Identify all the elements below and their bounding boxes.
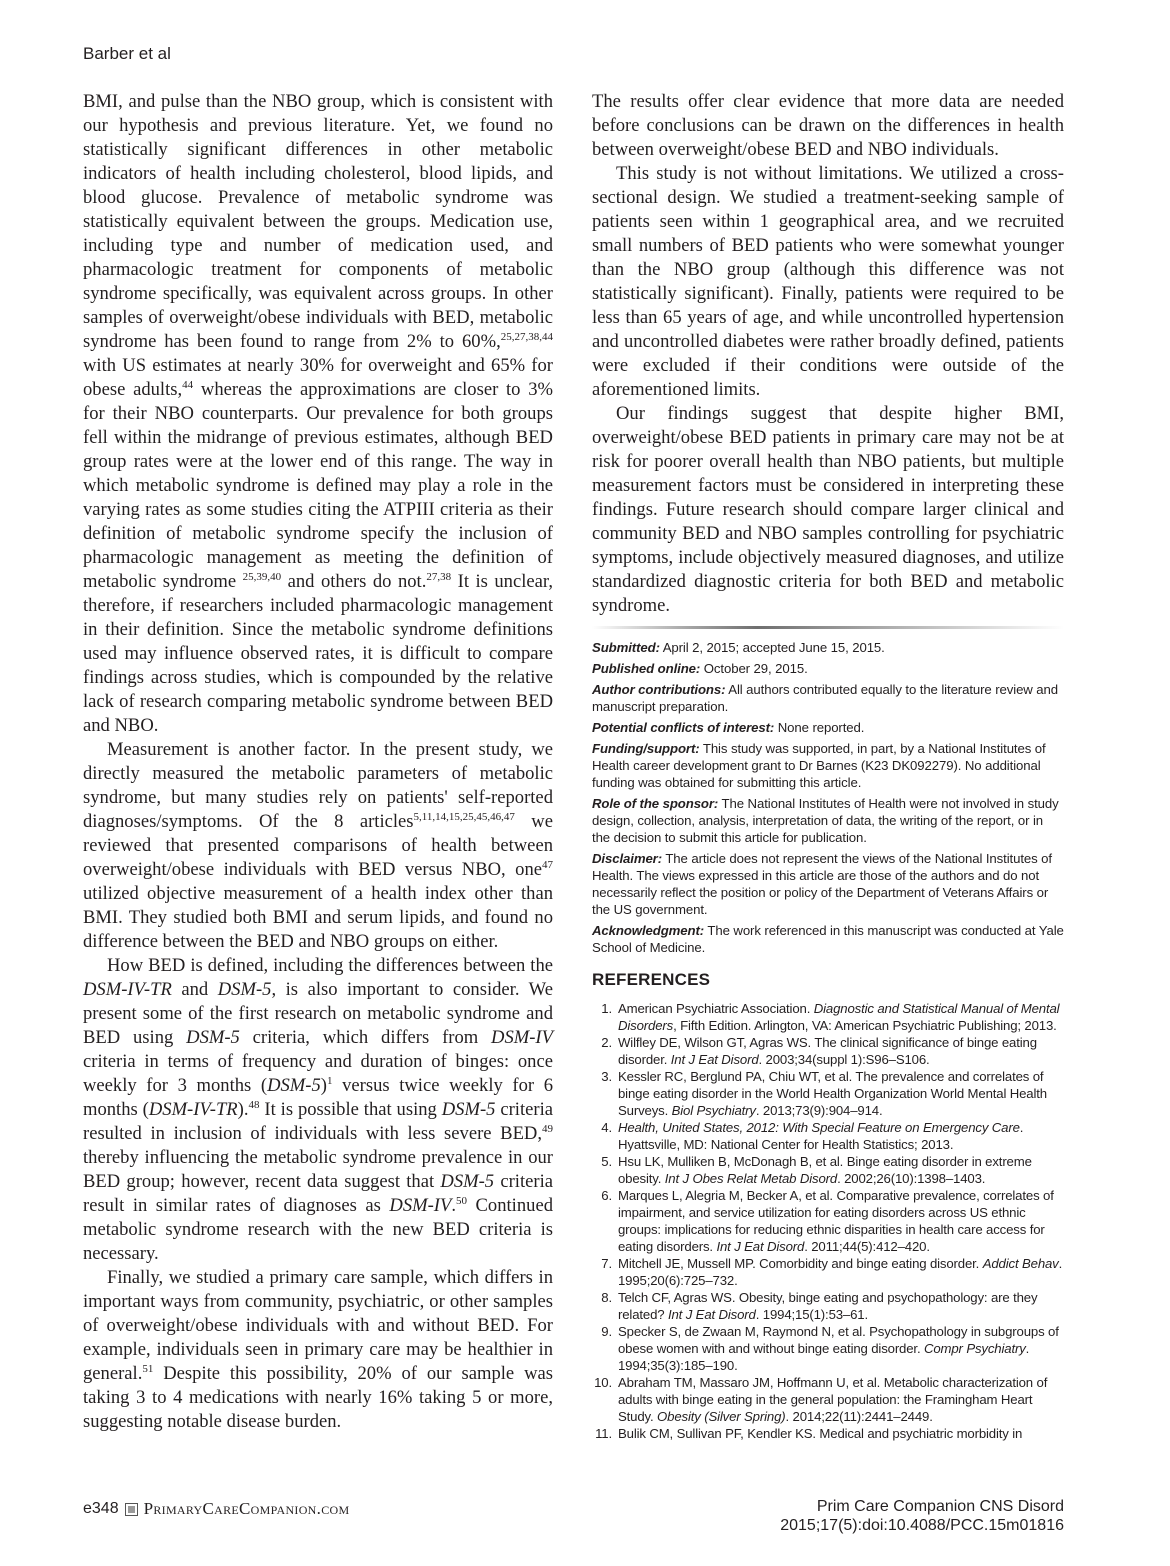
article-info-published: Published online: October 29, 2015. [592, 660, 1064, 677]
reference-item: 10.Abraham TM, Massaro JM, Hoffmann U, e… [592, 1374, 1064, 1425]
paragraph: BMI, and pulse than the NBO group, which… [83, 90, 553, 738]
doi-citation: 2015;17(5):doi:10.4088/PCC.15m01816 [780, 1516, 1064, 1535]
journal-name: Prim Care Companion CNS Disord [780, 1497, 1064, 1516]
paragraph: How BED is defined, including the differ… [83, 954, 553, 1266]
paragraph: This study is not without limitations. W… [592, 162, 1064, 402]
reference-item: 4.Health, United States, 2012: With Spec… [592, 1119, 1064, 1153]
references-list: 1.American Psychiatric Association. Diag… [592, 1000, 1064, 1442]
paragraph: Measurement is another factor. In the pr… [83, 738, 553, 954]
citation-superscript: 44 [182, 379, 193, 391]
citation-superscript: 27,38 [426, 571, 451, 583]
citation-superscript: 5,11,14,15,25,45,46,47 [414, 811, 515, 823]
article-info-acknowledgment: Acknowledgment: The work referenced in t… [592, 922, 1064, 956]
footer-left: e348 PrimaryCareCompanion.com [83, 1499, 349, 1519]
running-head: Barber et al [83, 44, 171, 64]
reference-item: 9.Specker S, de Zwaan M, Raymond N, et a… [592, 1323, 1064, 1374]
reference-item: 5.Hsu LK, Mulliken B, McDonagh B, et al.… [592, 1153, 1064, 1187]
article-info-sponsor-role: Role of the sponsor: The National Instit… [592, 795, 1064, 846]
section-divider [592, 626, 1064, 629]
citation-superscript: 47 [542, 859, 553, 871]
reference-item: 2.Wilfley DE, Wilson GT, Agras WS. The c… [592, 1034, 1064, 1068]
article-info-funding: Funding/support: This study was supporte… [592, 740, 1064, 791]
article-info-submitted: Submitted: April 2, 2015; accepted June … [592, 639, 1064, 656]
page-number: e348 [83, 1500, 119, 1518]
paragraph: Our findings suggest that despite higher… [592, 402, 1064, 618]
paragraph: The results offer clear evidence that mo… [592, 90, 1064, 162]
left-column: BMI, and pulse than the NBO group, which… [83, 90, 553, 1434]
citation-superscript: 51 [142, 1363, 153, 1375]
reference-item: 3.Kessler RC, Berglund PA, Chiu WT, et a… [592, 1068, 1064, 1119]
reference-item: 8.Telch CF, Agras WS. Obesity, binge eat… [592, 1289, 1064, 1323]
references-heading: REFERENCES [592, 970, 1064, 990]
article-info-conflicts: Potential conflicts of interest: None re… [592, 719, 1064, 736]
journal-website-link[interactable]: PrimaryCareCompanion.com [144, 1499, 350, 1519]
article-info-author-contributions: Author contributions: All authors contri… [592, 681, 1064, 715]
citation-superscript: 50 [456, 1195, 467, 1207]
footer-citation: Prim Care Companion CNS Disord 2015;17(5… [780, 1497, 1064, 1535]
citation-superscript: 49 [542, 1123, 553, 1135]
citation-superscript: 25,39,40 [243, 571, 282, 583]
article-info: Submitted: April 2, 2015; accepted June … [592, 639, 1064, 956]
reference-item: 7.Mitchell JE, Mussell MP. Comorbidity a… [592, 1255, 1064, 1289]
reference-item: 6.Marques L, Alegria M, Becker A, et al.… [592, 1187, 1064, 1255]
right-column: The results offer clear evidence that mo… [592, 90, 1064, 1442]
citation-superscript: 25,27,38,44 [501, 331, 553, 343]
citation-superscript: 48 [249, 1099, 260, 1111]
square-bullet-icon [125, 1503, 138, 1516]
article-info-disclaimer: Disclaimer: The article does not represe… [592, 850, 1064, 918]
reference-item: 11.Bulik CM, Sullivan PF, Kendler KS. Me… [592, 1425, 1064, 1442]
reference-item: 1.American Psychiatric Association. Diag… [592, 1000, 1064, 1034]
paragraph: Finally, we studied a primary care sampl… [83, 1266, 553, 1434]
